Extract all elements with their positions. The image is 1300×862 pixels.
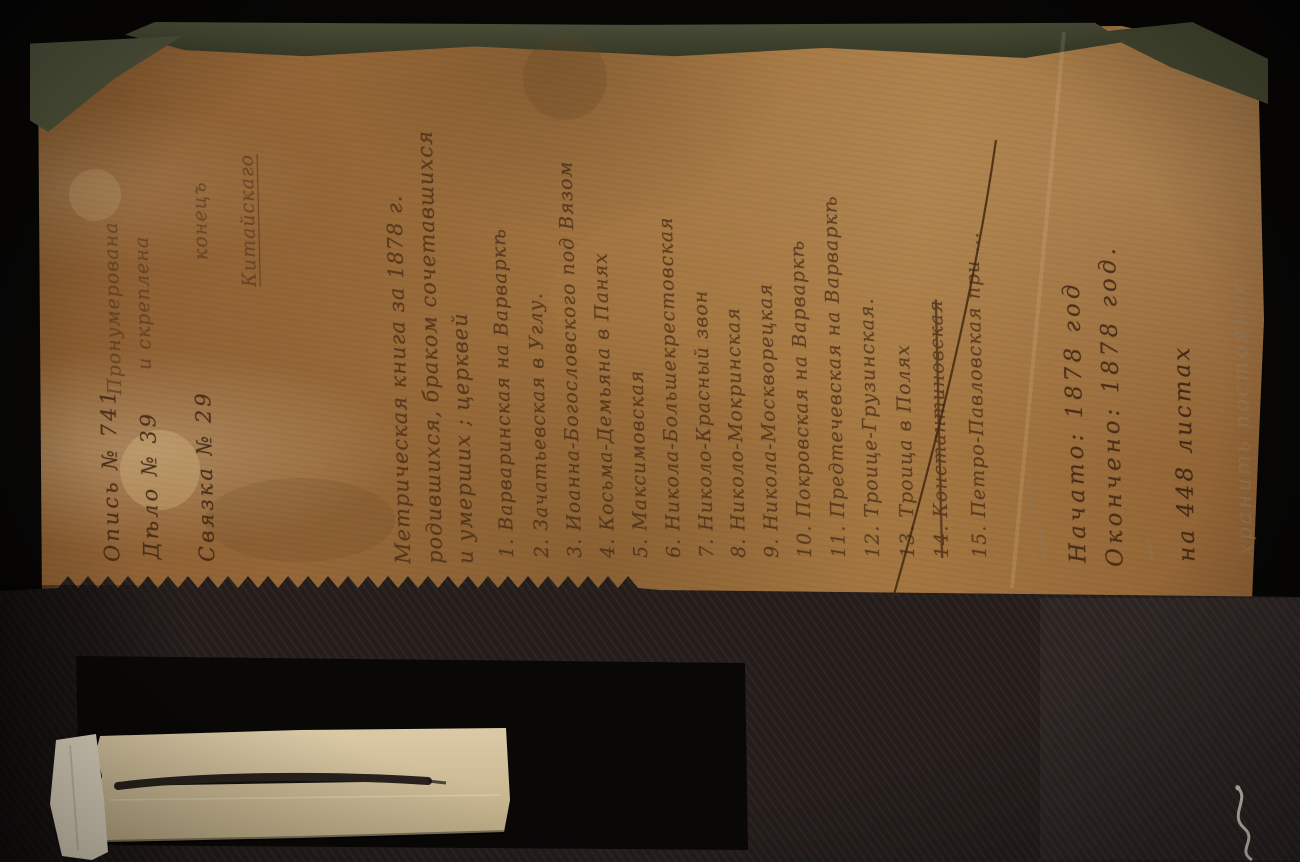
loose-thread	[1236, 786, 1253, 861]
sorok-name-note: Китайскаго	[233, 137, 263, 288]
paper-tear-smear	[118, 777, 428, 786]
svyazka-number: Связка № 29	[190, 382, 220, 563]
corner-note-line: конецъ	[186, 150, 215, 261]
binding-cloth-top-strip	[125, 22, 1125, 58]
redaction-patch	[76, 656, 748, 850]
fabric-shadow-left	[0, 585, 190, 862]
binding-fabric	[0, 576, 1300, 862]
sheet-count: на 448 листах	[1170, 362, 1201, 563]
paper-bottom-shadow	[106, 832, 504, 842]
paper-label	[96, 728, 510, 842]
paper-fold-line	[110, 795, 500, 800]
scanned-archive-book-cover: Пронумерована и скреплена конецъ Китайск…	[0, 0, 1300, 862]
fabric-sheen	[1040, 598, 1300, 860]
torn-paper-edge	[50, 734, 108, 860]
delo-number: Дѣло № 39	[134, 384, 164, 560]
opis-number: Опись № 741	[95, 372, 126, 563]
